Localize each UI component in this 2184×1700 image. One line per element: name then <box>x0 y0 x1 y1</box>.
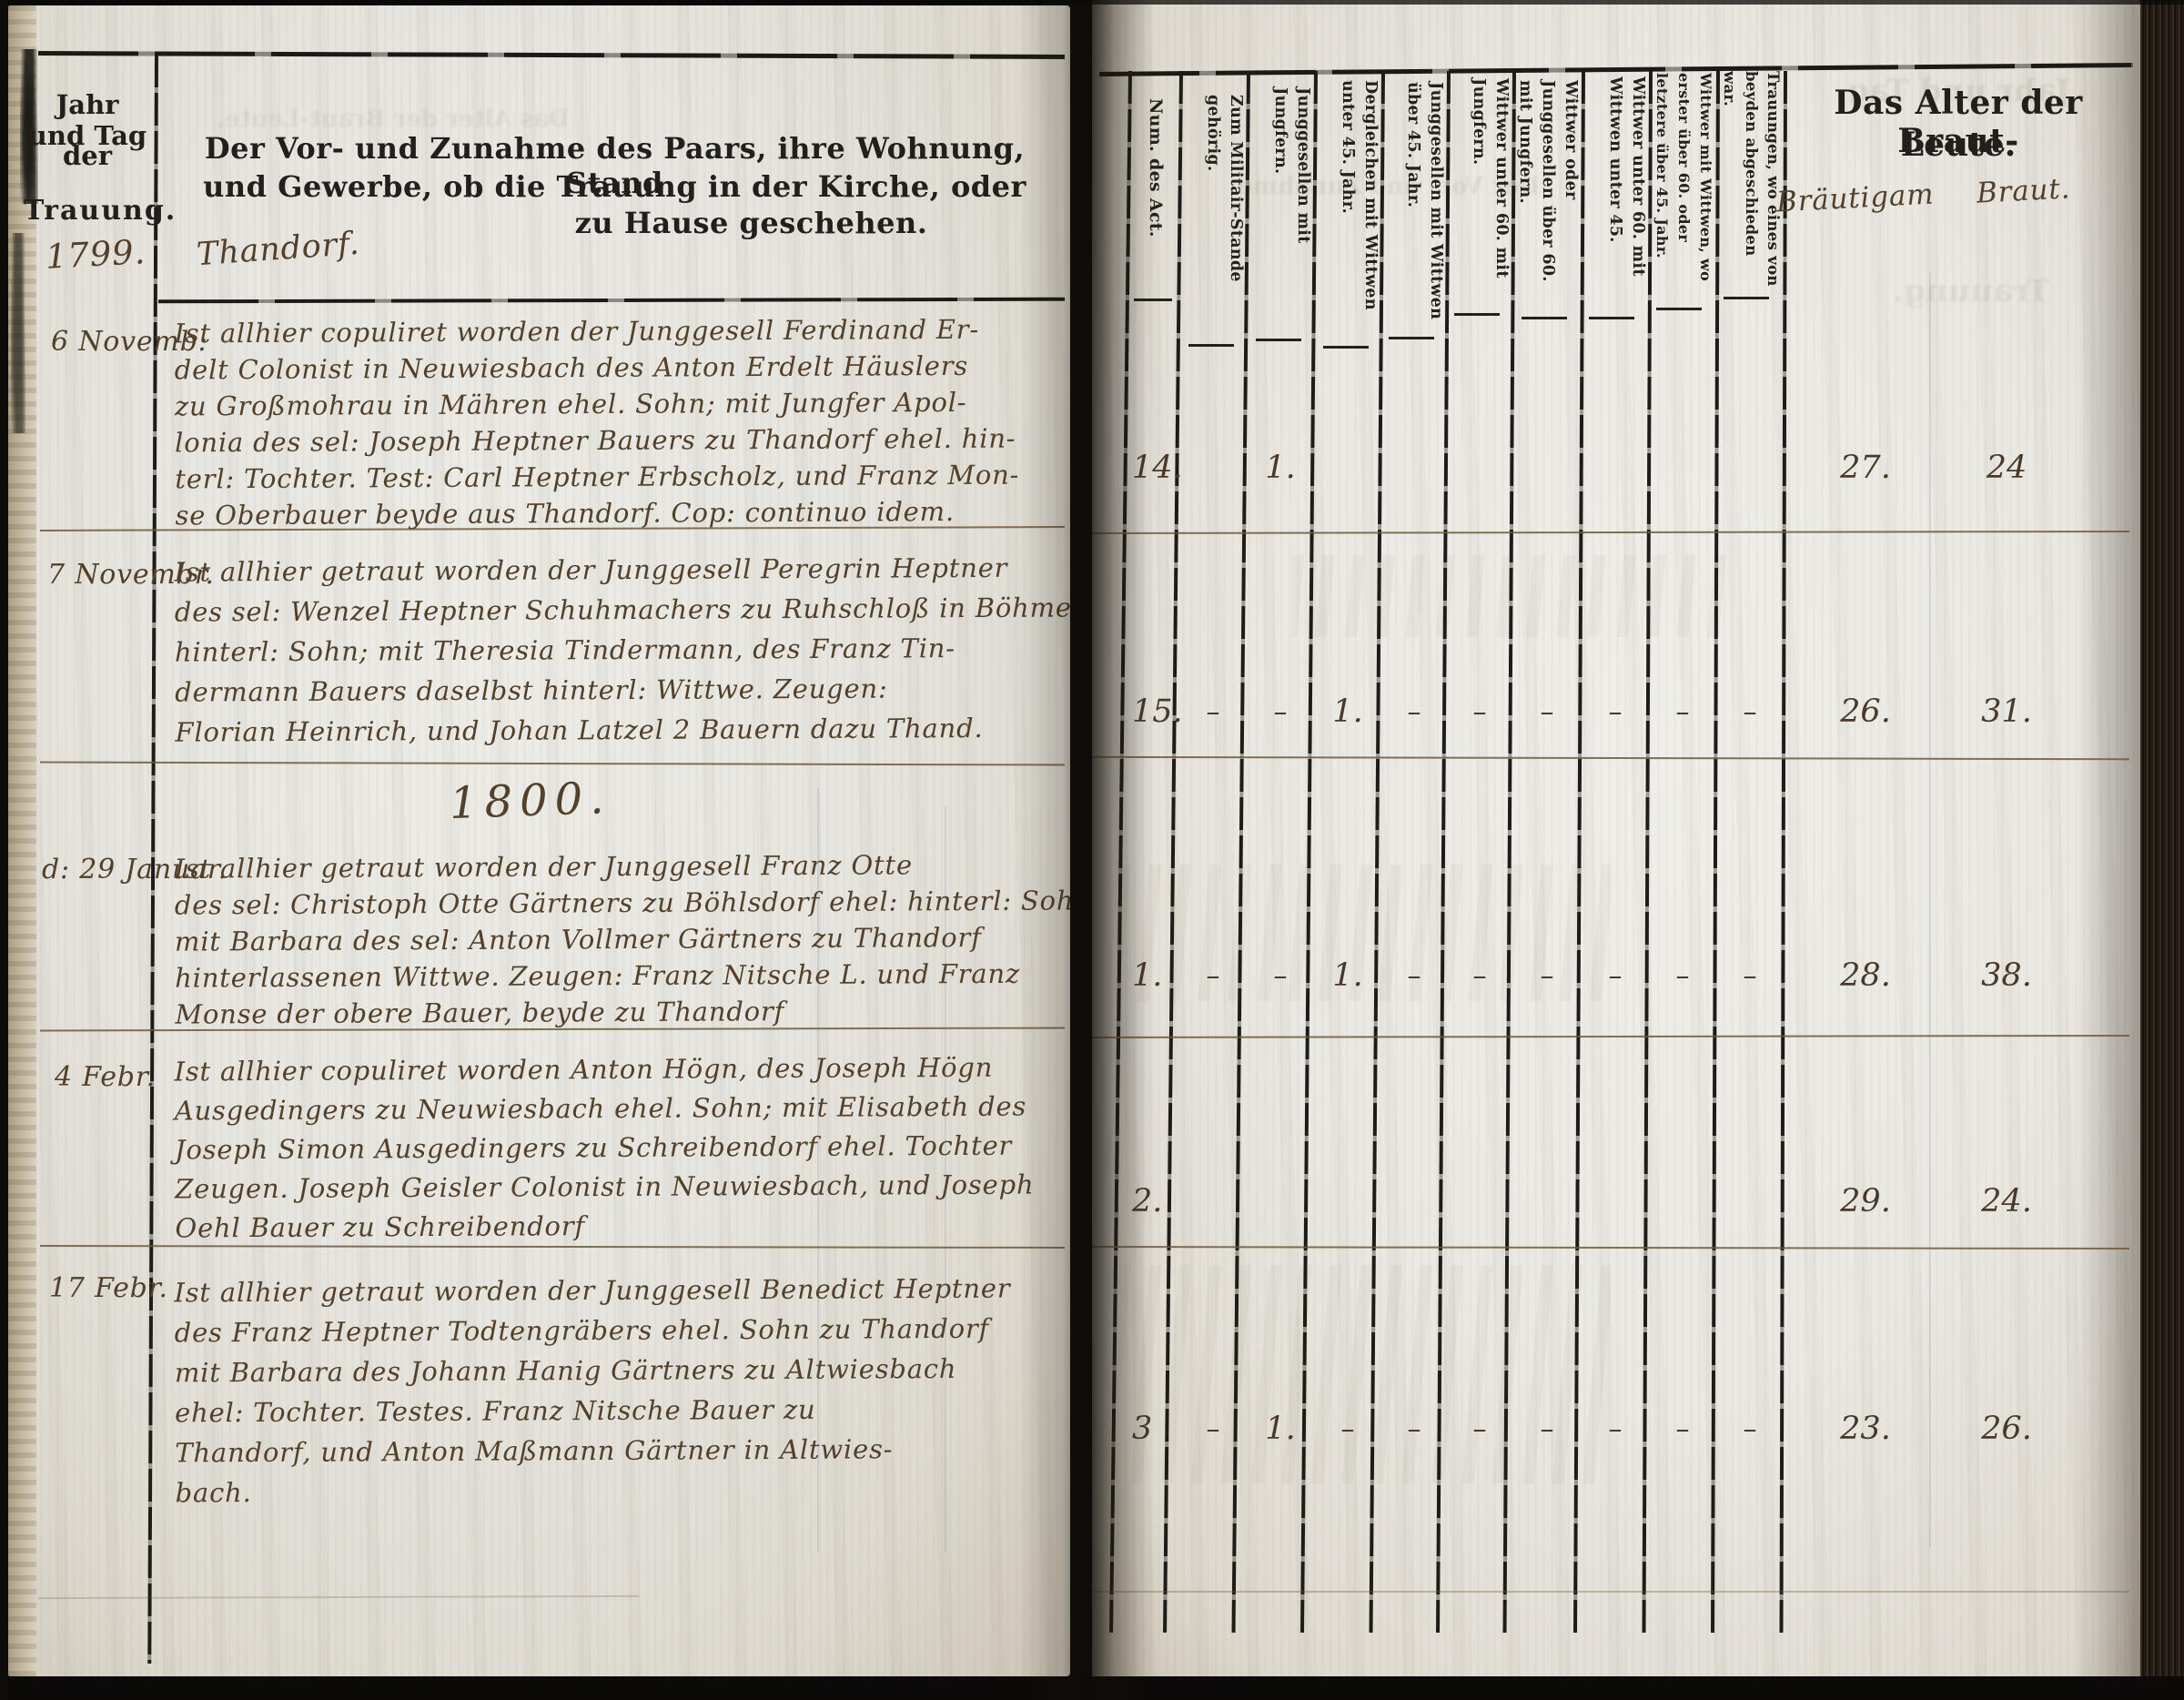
cell-mark <box>1179 1165 1247 1238</box>
column-header-wittwer-wittwen-ue60-ue45: Wittwer mit Wittwen, wo erster über 60. … <box>1653 73 1716 300</box>
table-row: 1. – – 1. – – – – – – 28. 38. <box>1128 939 2129 1012</box>
cell-groom-age: 26. <box>1784 675 1947 748</box>
cell-mark: – <box>1179 675 1247 748</box>
cell-mark: – <box>1582 1392 1649 1465</box>
cell-mark: – <box>1512 675 1582 748</box>
register-entry: Ist allhier getraut worden der Junggesel… <box>174 547 1070 752</box>
photo-top-edge <box>0 0 2184 5</box>
entry-line: dermann Bauers daselbst hinterl: Wittwe.… <box>175 667 1070 712</box>
cell-mark <box>1447 1165 1512 1238</box>
entry-line: Oehl Bauer zu Schreibendorf <box>175 1205 1034 1249</box>
cell-groom-age: 23. <box>1784 1392 1947 1465</box>
entry-line: hinterlassenen Wittwe. Zeugen: Franz Nit… <box>175 955 1070 996</box>
cell-bride-age: 26. <box>1947 1392 2129 1465</box>
entry-line: terl: Tochter. Test: Carl Heptner Erbsch… <box>175 457 1019 498</box>
entry-line: Florian Heinrich, und Johan Latzel 2 Bau… <box>175 707 1070 752</box>
cell-bride-age: 38. <box>1947 939 2129 1012</box>
header-tick <box>1188 344 1234 347</box>
row-divider <box>1092 531 2129 534</box>
cell-mark <box>1582 1165 1649 1238</box>
paper-crease <box>1929 273 1931 1547</box>
register-book-photo: Das Alter der Braut-Leute. Jahr und Tag … <box>0 0 2184 1700</box>
entry-line: des sel: Christoph Otte Gärtners zu Böhl… <box>175 882 1070 923</box>
bleedthrough-text: Trauung. <box>1893 273 2050 309</box>
column-header-wittwer-u60-jungfern: Wittwer unter 60. mit Jungfern. <box>1451 78 1512 306</box>
column-header-junggesellen-wittwen-ue45: Junggesellen mit Wittwen über 45. Jahr. <box>1385 82 1447 326</box>
cell-mark: – <box>1179 1392 1247 1465</box>
cell-mark: – <box>1447 939 1512 1012</box>
cell-mark: 1. <box>1314 675 1381 748</box>
top-rule <box>38 51 1065 59</box>
cell-mark: – <box>1247 939 1314 1012</box>
header-tick <box>1454 313 1500 316</box>
cell-groom-age: 29. <box>1784 1165 1947 1238</box>
entry-line: Ist allhier getraut worden der Junggesel… <box>174 547 1070 592</box>
photo-bottom-edge <box>0 1676 2184 1700</box>
cell-mark: – <box>1582 675 1649 748</box>
edge-ink-marks <box>11 233 25 433</box>
cell-mark: – <box>1649 1392 1716 1465</box>
entry-line: mit Barbara des Johann Hanig Gärtners zu… <box>175 1349 1011 1393</box>
entry-divider <box>40 762 1065 766</box>
entry-line: delt Colonist in Neuwiesbach des Anton E… <box>175 348 1019 389</box>
entry-line: Ist allhier getraut worden der Junggesel… <box>174 1269 1010 1313</box>
header-tick <box>1724 297 1769 299</box>
entry-line: zu Großmohrau in Mähren ehel. Sohn; mit … <box>175 384 1019 425</box>
cell-mark <box>1314 431 1381 504</box>
photo-left-edge <box>0 0 8 1700</box>
bleedthrough-text: Das Alter der Braut-Leute. <box>217 106 569 133</box>
main-column-title: und Gewerbe, ob die Trauung in der Kirch… <box>171 169 1058 204</box>
cell-mark: – <box>1512 939 1582 1012</box>
column-header-wittwer-u60-wittwen-u45: Wittwer unter 60. mit Wittwen unter 45. <box>1585 76 1649 309</box>
cell-mark: 1. <box>1247 1392 1314 1465</box>
entry-date: 4 Febr. <box>55 1061 156 1093</box>
cell-mark <box>1447 431 1512 504</box>
row-divider <box>1092 1591 2129 1593</box>
cell-mark: – <box>1179 939 1247 1012</box>
cell-num: 14. <box>1128 431 1179 504</box>
row-divider <box>1092 1035 2129 1038</box>
paper-crease <box>945 806 946 1553</box>
header-tick <box>1256 339 1301 341</box>
cell-bride-age: 24 <box>1947 431 2129 504</box>
header-tick <box>1389 337 1434 339</box>
entry-line: Ist allhier copuliret worden der Jungges… <box>174 311 1018 352</box>
date-column-title: Trauung. <box>24 195 151 227</box>
table-row: 2. 29. 24. <box>1128 1165 2129 1238</box>
register-entry: Ist allhier getraut worden der Junggesel… <box>174 845 1070 1032</box>
cell-mark <box>1314 1165 1381 1238</box>
cell-num: 3 <box>1128 1392 1179 1465</box>
year-heading-1800: 1800. <box>449 773 612 829</box>
cell-mark <box>1582 431 1649 504</box>
age-section-title: Leute. <box>1785 126 2131 164</box>
entry-line: Ist allhier getraut worden der Junggesel… <box>174 845 1070 886</box>
cell-mark: – <box>1381 1392 1447 1465</box>
entry-line: des sel: Wenzel Heptner Schuhmachers zu … <box>175 587 1070 632</box>
cell-mark <box>1649 1165 1716 1238</box>
column-header-num-des-act: Num. des Act. <box>1130 98 1179 289</box>
main-column-title: zu Hause geschehen. <box>308 206 1070 240</box>
column-header-wittwer-junggesellen-ue60: Wittwer oder Junggesellen über 60. mit J… <box>1516 80 1582 309</box>
register-entry: Ist allhier getraut worden der Junggesel… <box>174 1269 1011 1513</box>
cell-mark: – <box>1582 939 1649 1012</box>
cell-mark: – <box>1447 1392 1512 1465</box>
cell-bride-age: 31. <box>1947 675 2129 748</box>
cell-mark <box>1512 431 1582 504</box>
row-divider <box>1092 756 2129 760</box>
cell-mark: 1. <box>1314 939 1381 1012</box>
cell-mark <box>1381 431 1447 504</box>
register-entry: Ist allhier copuliret worden der Jungges… <box>174 311 1019 534</box>
cell-groom-age: 27. <box>1784 431 1947 504</box>
header-bottom-rule <box>158 298 1065 304</box>
right-page: Jahr und Tag Trauung. Der Vor- und Zunah… <box>1092 0 2140 1682</box>
entry-line: bach. <box>175 1469 1011 1513</box>
paper-crease <box>817 788 819 1553</box>
cell-num: 2. <box>1128 1165 1179 1238</box>
cell-mark: – <box>1247 675 1314 748</box>
cell-mark: – <box>1716 939 1784 1012</box>
entry-line: Ist allhier copuliret worden Anton Högn,… <box>174 1048 1033 1092</box>
cell-groom-age: 28. <box>1784 939 1947 1012</box>
entry-line: des Franz Heptner Todtengräbers ehel. So… <box>175 1309 1011 1353</box>
cell-bride-age: 24. <box>1947 1165 2129 1238</box>
entry-divider <box>40 1245 1065 1249</box>
cell-num: 15. <box>1128 675 1179 748</box>
entry-line: hinterl: Sohn; mit Theresia Tindermann, … <box>175 627 1070 672</box>
cell-num: 1. <box>1128 939 1179 1012</box>
header-tick <box>1522 317 1567 319</box>
cell-mark: – <box>1381 675 1447 748</box>
cell-mark: – <box>1314 1392 1381 1465</box>
header-tick <box>1134 299 1172 301</box>
header-tick <box>1589 317 1634 319</box>
entry-line: Monse der obere Bauer, beyde zu Thandorf <box>175 991 1070 1032</box>
cell-mark: – <box>1381 939 1447 1012</box>
row-divider <box>1092 1246 2129 1250</box>
cell-mark <box>1247 1165 1314 1238</box>
cell-mark <box>1716 1165 1784 1238</box>
column-header-junggesellen-jungfern: Junggesellen mit Jungfern. <box>1250 87 1314 331</box>
entry-date: 17 Febr. <box>49 1272 168 1304</box>
cell-mark: – <box>1447 675 1512 748</box>
groom-column-label: Bräutigam <box>1775 177 1935 218</box>
cell-mark: – <box>1512 1392 1582 1465</box>
cell-mark <box>1179 431 1247 504</box>
entry-line: mit Barbara des sel: Anton Vollmer Gärtn… <box>175 918 1070 959</box>
left-page: Das Alter der Braut-Leute. Jahr und Tag … <box>7 5 1070 1676</box>
bride-column-label: Braut. <box>1976 172 2071 209</box>
entry-line: ehel: Tochter. Testes. Franz Nitsche Bau… <box>175 1389 1011 1433</box>
place-annotation: Thandorf. <box>196 226 361 273</box>
entry-line: Zeugen. Joseph Geisler Colonist in Neuwi… <box>175 1166 1034 1209</box>
book-fore-edge <box>2140 0 2184 1700</box>
cell-mark: – <box>1716 1392 1784 1465</box>
header-tick <box>1323 346 1369 349</box>
table-row: 14. 1. 27. 24 <box>1128 431 2129 504</box>
cell-mark: – <box>1649 939 1716 1012</box>
entry-line: Joseph Simon Ausgedingers zu Schreibendo… <box>175 1127 1034 1170</box>
register-entry: Ist allhier copuliret worden Anton Högn,… <box>174 1048 1034 1249</box>
entry-line: lonia des sel: Joseph Heptner Bauers zu … <box>175 420 1019 461</box>
entry-line: Thandorf, und Anton Maßmann Gärtner in A… <box>175 1429 1011 1473</box>
cell-mark: 1. <box>1247 431 1314 504</box>
cell-mark <box>1381 1165 1447 1238</box>
header-tick <box>1656 308 1702 310</box>
cell-mark <box>1512 1165 1582 1238</box>
entry-line: Ausgedingers zu Neuwiesbach ehel. Sohn; … <box>175 1088 1034 1131</box>
column-header-trauungen-abgeschieden: Trauungen, wo eines von beyden abgeschie… <box>1720 71 1784 289</box>
column-header-dergleichen-wittwen-u45: Dergleichen mit Wittwen unter 45. Jahr. <box>1318 80 1381 328</box>
faint-hairline <box>38 1595 639 1599</box>
date-column-title: der <box>24 140 151 171</box>
cell-mark <box>1716 431 1784 504</box>
cell-mark: – <box>1649 675 1716 748</box>
table-row: 3 – 1. – – – – – – – 23. 26. <box>1128 1392 2129 1465</box>
table-row: 15. – – 1. – – – – – – 26. 31. <box>1128 675 2129 748</box>
cell-mark: – <box>1716 675 1784 748</box>
year-annotation-1799: 1799. <box>45 232 147 277</box>
cell-mark <box>1649 431 1716 504</box>
column-header-militair: Zum Militair-Stande gehörig. <box>1183 95 1247 339</box>
